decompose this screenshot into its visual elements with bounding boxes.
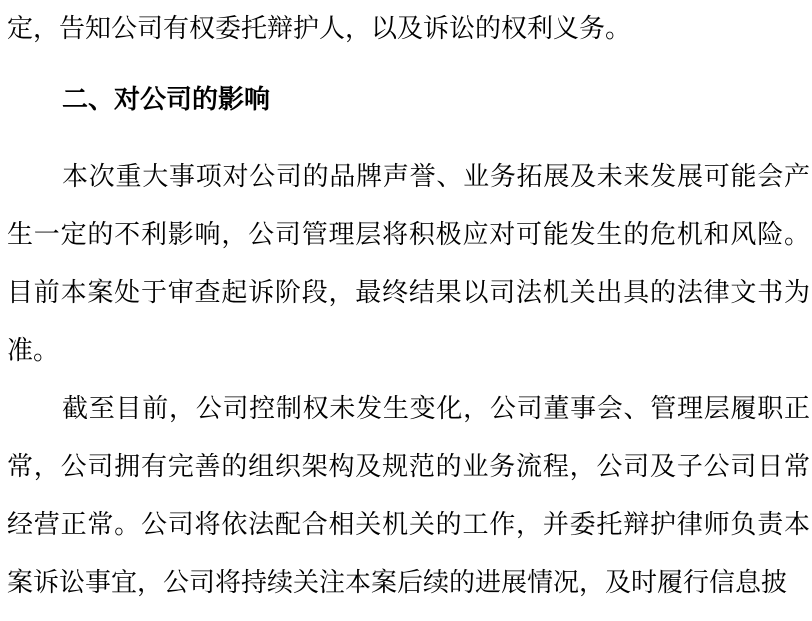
paragraph-status: 截至目前，公司控制权未发生变化，公司董事会、管理层履职正常，公司拥有完善的组织架… — [7, 380, 810, 612]
paragraph-impact: 本次重大事项对公司的品牌声誉、业务拓展及未来发展可能会产生一定的不利影响，公司管… — [7, 148, 810, 380]
paragraph-continuation: 定，告知公司有权委托辩护人，以及诉讼的权利义务。 — [7, 0, 810, 58]
section-heading: 二、对公司的影响 — [7, 71, 810, 129]
document-page: 定，告知公司有权委托辩护人，以及诉讼的权利义务。 二、对公司的影响 本次重大事项… — [0, 0, 812, 621]
